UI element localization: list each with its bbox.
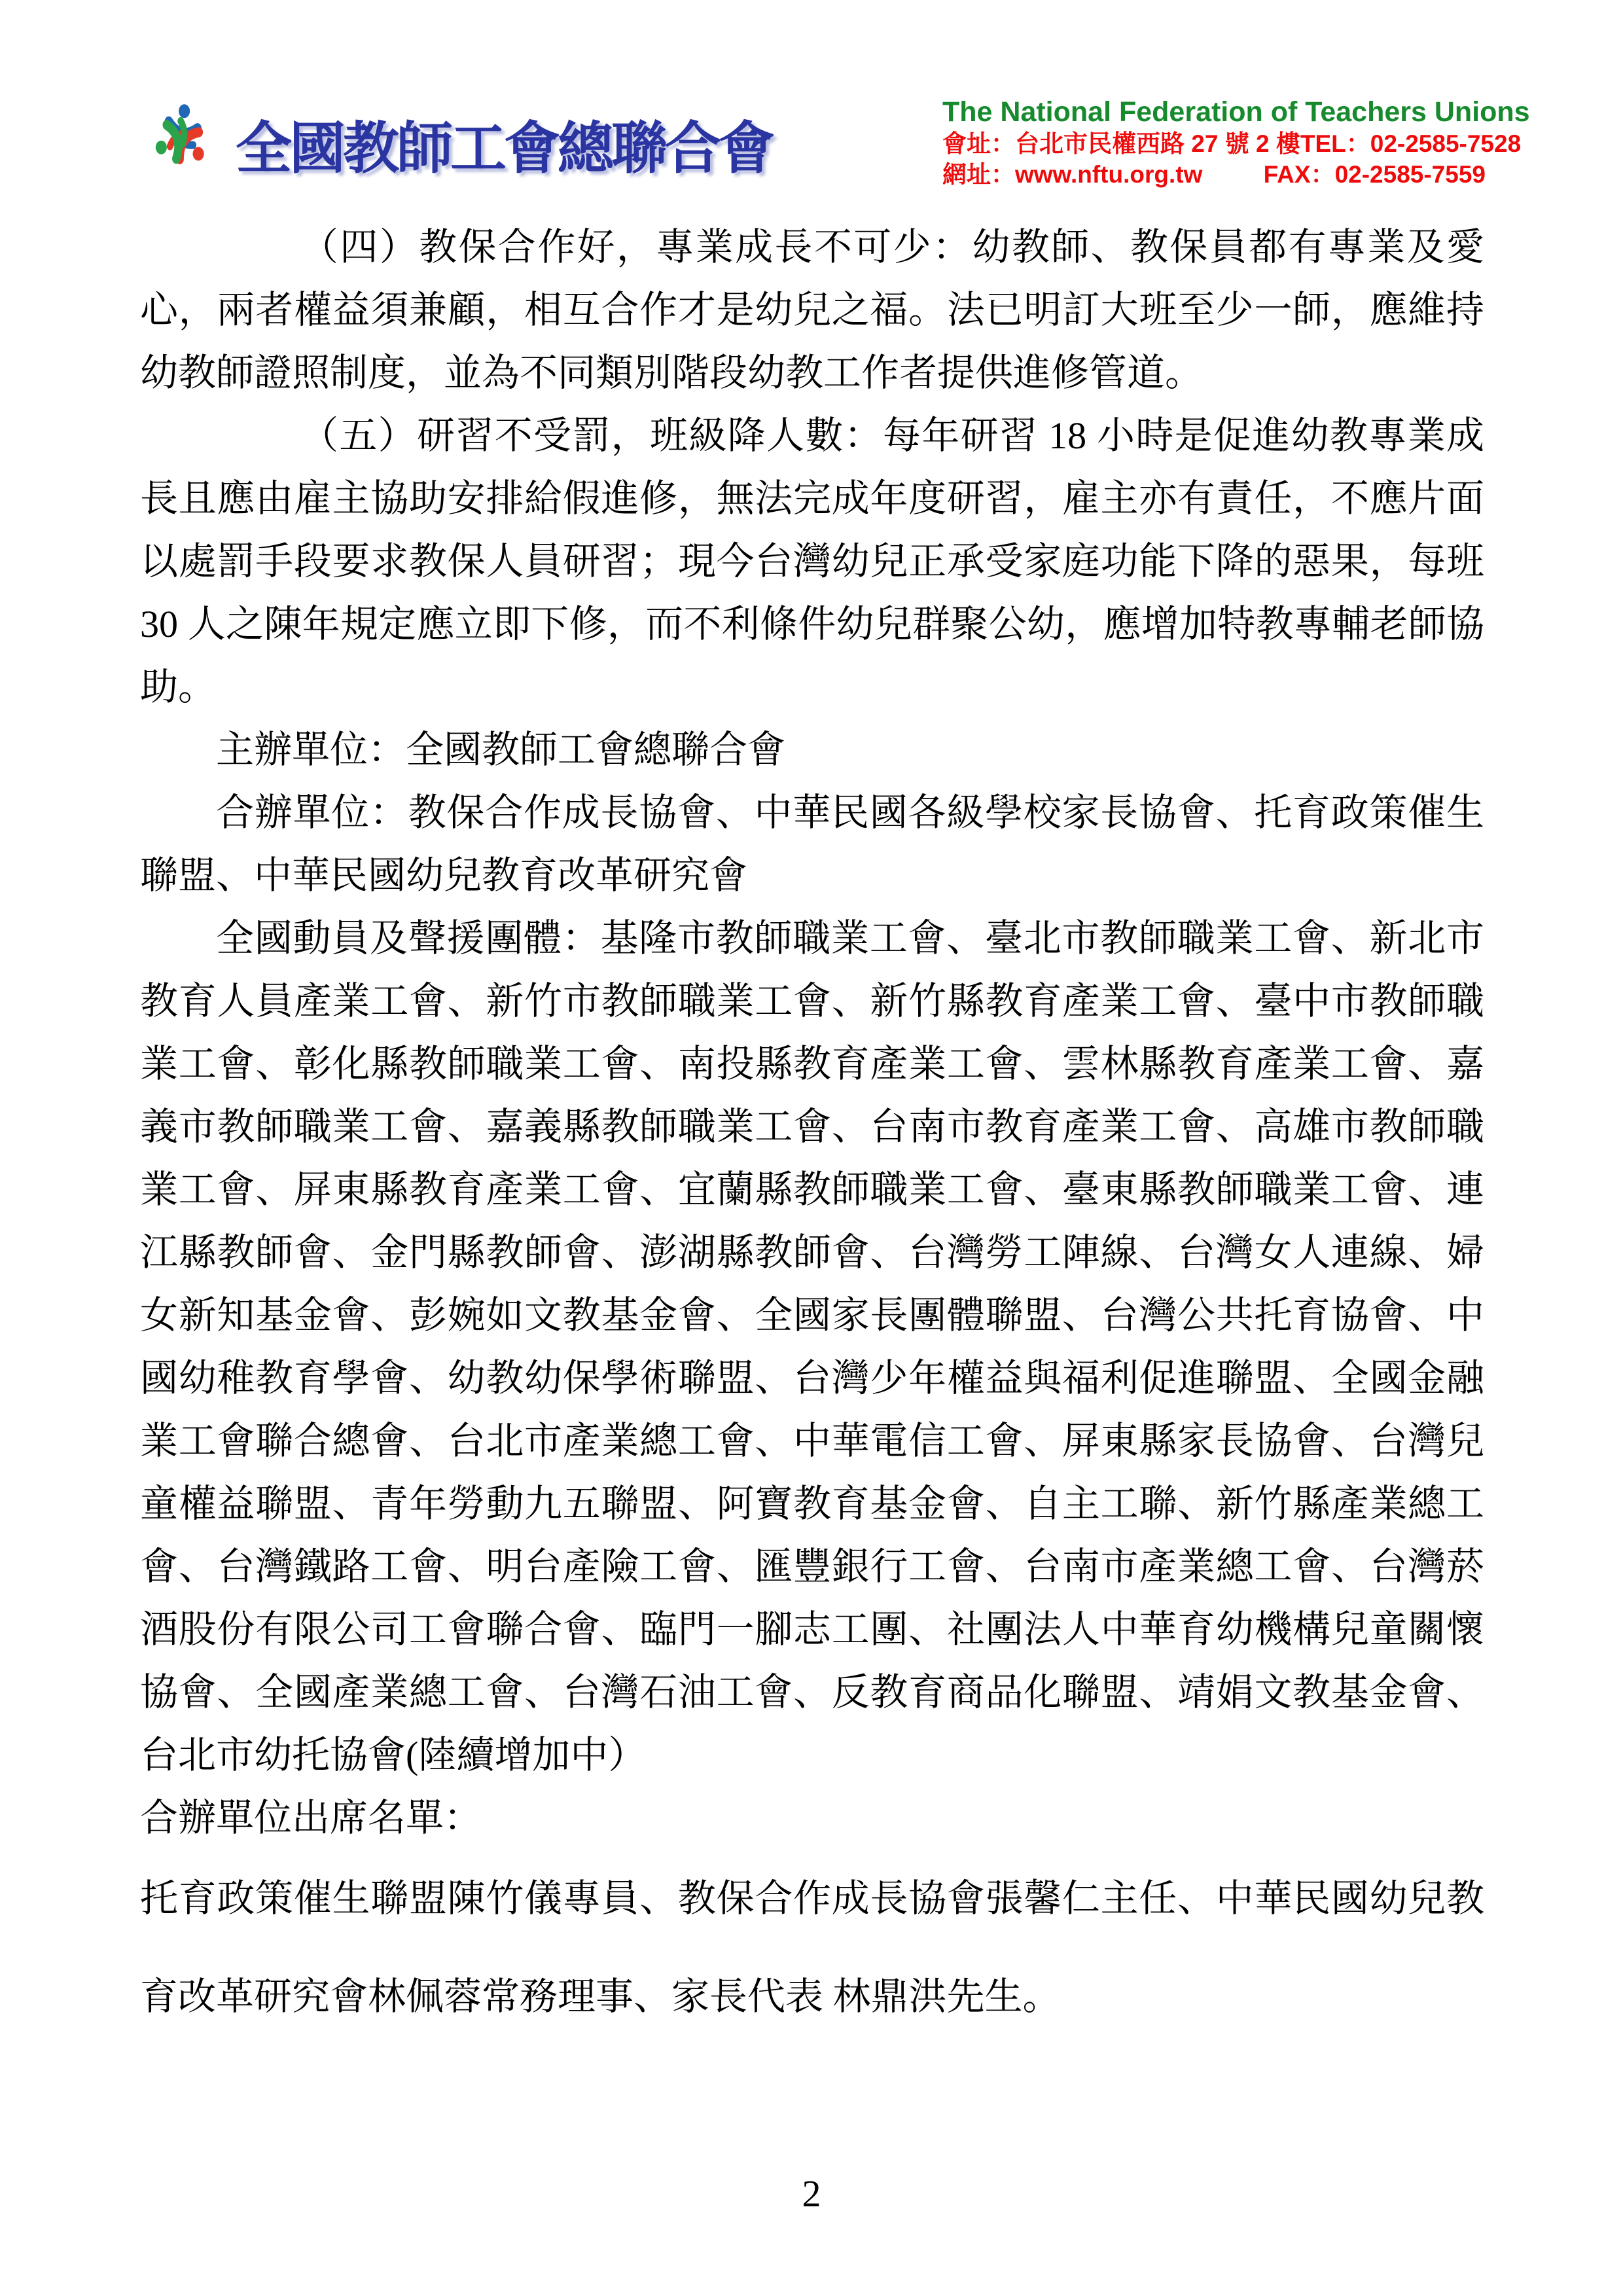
paragraph-host-org: 主辦單位：全國教師工會總聯合會 — [140, 719, 1484, 781]
paragraph-roster-names: 托育政策催生聯盟陳竹儀專員、教保合作成長協會張馨仁主任、中華民國幼兒教育改革研究… — [140, 1850, 1484, 2046]
document-body: （四）教保合作好，專業成長不可少：幼教師、教保員都有專業及愛心，兩者權益須兼顧，… — [140, 216, 1484, 2046]
tel-text: TEL：02-2585-7528 — [1300, 128, 1521, 159]
paragraph-support-groups: 全國動員及聲援團體：基隆市教師職業工會、臺北市教師職業工會、新北市教育人員產業工… — [140, 907, 1484, 1787]
page-number: 2 — [0, 2174, 1623, 2214]
fax-text: FAX：02-2585-7559 — [1264, 159, 1486, 190]
header-contact-block: The National Federation of Teachers Unio… — [942, 96, 1486, 190]
address-text: 會址：台北市民權西路 27 號 2 樓 — [942, 128, 1300, 159]
website-text: 網址：www.nftu.org.tw — [942, 159, 1202, 190]
triskelion-people-icon — [144, 92, 219, 183]
paragraph-item-4: （四）教保合作好，專業成長不可少：幼教師、教保員都有專業及愛心，兩者權益須兼顧，… — [140, 216, 1484, 404]
contact-row-address: 會址：台北市民權西路 27 號 2 樓 TEL：02-2585-7528 — [942, 128, 1486, 159]
org-name-en: The National Federation of Teachers Unio… — [942, 96, 1486, 128]
document-page: 全國教師工會總聯合會 The National Federation of Te… — [0, 0, 1623, 2296]
paragraph-item-5: （五）研習不受罰，班級降人數：每年研習 18 小時是促進幼教專業成長且應由雇主協… — [140, 404, 1484, 719]
org-name-zh: 全國教師工會總聯合會 — [236, 120, 772, 183]
paragraph-cohost-orgs: 合辦單位：教保合作成長協會、中華民國各級學校家長協會、托育政策催生聯盟、中華民國… — [140, 781, 1484, 907]
contact-row-website: 網址：www.nftu.org.tw FAX：02-2585-7559 — [942, 159, 1486, 190]
org-logo: 全國教師工會總聯合會 — [144, 92, 772, 183]
paragraph-roster-title: 合辦單位出席名單： — [140, 1787, 1484, 1850]
